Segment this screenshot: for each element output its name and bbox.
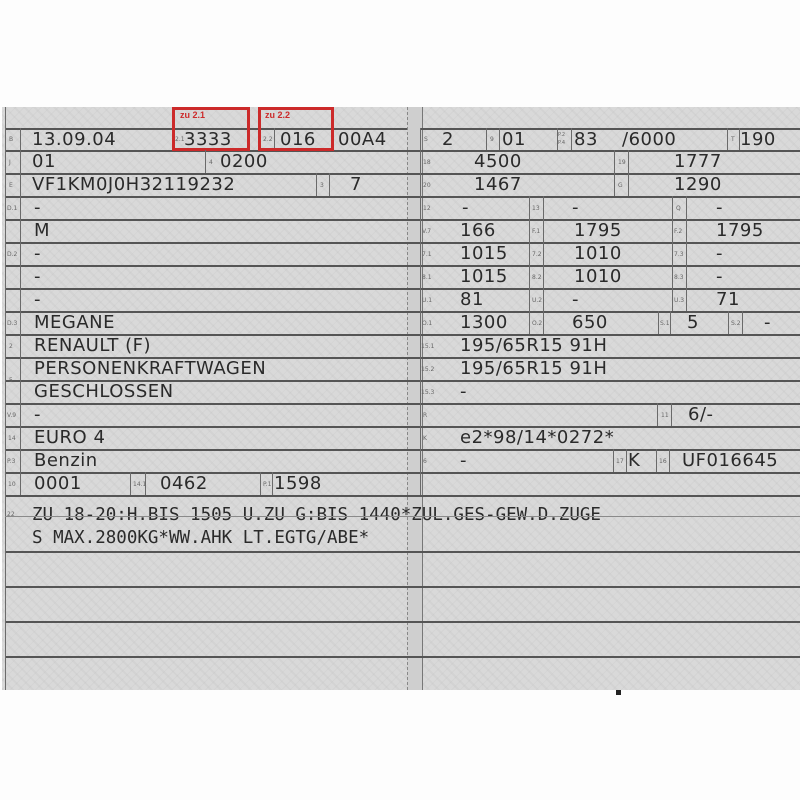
emission-code: 0001 [34,472,82,495]
type-variant-version-3: - [34,288,41,311]
field-label: S.1 [660,320,670,328]
field-label: 7.1 [422,251,432,259]
vehicle-type: PERSONENKRAFTWAGEN [34,357,266,380]
cell-divider [272,472,273,495]
cell-divider [145,472,146,495]
tyre-axle-3: - [460,380,467,403]
field-label: U.2 [532,297,542,305]
power-kw: 83 [574,128,598,151]
towing-braked: 1300 [460,311,508,334]
length: 4500 [474,150,522,173]
vin-check-digit: 7 [350,173,362,196]
field-label: 8.2 [532,274,542,282]
cell-divider [130,472,131,495]
co2-emission: 166 [460,219,496,242]
row-line [5,403,800,405]
fuel-type: Benzin [34,449,98,472]
cell-divider [543,196,544,311]
scan-mark [616,690,621,695]
field-label: 12 [423,205,431,213]
height: 1467 [474,173,522,196]
remarks-line-2: S MAX.2800KG*WW.AHK LT.EGTG/ABE* [32,527,369,550]
field-label: F.2 [674,228,682,236]
field-label: E [9,182,13,190]
annotation-label: zu 2.2 [265,110,290,120]
field-label: V.7 [422,228,431,236]
colour-code: 6/- [688,403,714,426]
displacement: 1598 [274,472,322,495]
field-label: 5 [9,377,13,385]
field-label: R [423,412,427,420]
field-label: T [731,136,735,144]
axles: 01 [502,128,526,151]
cell-divider [728,311,729,334]
row-line [5,472,800,474]
axle-load-3: - [716,242,723,265]
field-label: 20 [423,182,431,190]
row-line [5,311,800,313]
make: - [34,196,41,219]
tank-volume: - [462,196,469,219]
type-variant-version: - [34,242,41,265]
row-line [5,621,800,623]
cell-divider [742,311,743,334]
cell-divider [571,128,572,150]
field-label: 8.1 [422,274,432,282]
field-label: 16 [659,458,667,466]
drive-by-noise: 71 [716,288,740,311]
rated-rpm: /6000 [622,128,676,151]
trade-name: MEGANE [34,311,115,334]
power-weight-ratio: - [716,196,723,219]
field-label: J [9,159,11,167]
field-label: 2 [9,343,13,351]
field-label: 13 [532,205,540,213]
field-label: P.2 P.4 [558,131,570,147]
field-label: 18 [423,159,431,167]
field-label: Q [676,205,681,213]
label-column-divider [20,128,21,495]
emission-standard: EURO 4 [34,426,105,449]
field-label: U.3 [674,297,684,305]
field-label: O.2 [532,320,542,328]
field-label: 8.3 [674,274,684,282]
field-label: U.1 [422,297,432,305]
axle-load-2: 1010 [574,242,622,265]
body-type-code: 0200 [220,150,268,173]
cell-divider [614,150,615,196]
row-line [5,586,800,588]
cell-divider [205,150,206,173]
cell-divider [613,449,614,472]
edge-line [5,107,6,690]
field-label: V.9 [7,412,16,420]
width: 1777 [674,150,722,173]
cell-divider [316,173,317,196]
field-label: S.2 [731,320,741,328]
cell-divider [670,311,671,334]
field-label: 11 [661,412,669,420]
axle-load-permitted-3: - [716,265,723,288]
cell-divider [529,196,530,311]
cell-divider [260,472,261,495]
operation-permit: K [628,449,640,472]
field-label: P.1 [263,481,271,489]
emission-class-v9: - [34,403,41,426]
cell-divider [329,173,330,196]
row-line [5,426,800,428]
field-label: 22 [7,511,15,519]
towing-unbraked: 650 [572,311,608,334]
field-label: 4 [209,159,213,167]
max-mass-technical: 1795 [574,219,622,242]
cell-divider [529,311,530,334]
seats: 2 [442,128,454,151]
approval-date: - [460,449,467,472]
ec-type-approval: e2*98/14*0272* [460,426,614,449]
support-load: - [572,196,579,219]
field-label: O.1 [422,320,432,328]
field-label: 3 [320,182,324,190]
cell-divider [656,449,657,472]
cell-divider [672,196,673,311]
row-line [5,449,800,451]
field-label: 10 [8,481,16,489]
row-line [5,516,800,517]
row-line [5,219,800,221]
registration-document: B 13.09.04 2.1 3333 2.2 016 00A4 zu 2.1 … [2,107,800,690]
tyre-axle-1: 195/65R15 91H [460,334,607,357]
cell-divider [669,449,670,472]
cell-divider [727,128,728,150]
field-label: 9 [490,136,494,144]
first-registration-date: 13.09.04 [32,128,116,151]
make-code: M [34,219,50,242]
cell-divider [686,196,687,311]
cell-divider [486,128,487,150]
row-line [5,288,800,290]
field-label: 15.2 [421,366,434,374]
cell-divider [658,311,659,334]
stationary-noise: 81 [460,288,484,311]
field-label: 14 [8,435,16,443]
vehicle-class: 01 [32,150,56,173]
row-line [5,551,800,553]
emission-key: 0462 [160,472,208,495]
row-line [5,495,800,497]
cell-divider [657,403,658,426]
standing-places: - [764,311,771,334]
body-type: GESCHLOSSEN [34,380,174,403]
variant-code: 00A4 [338,128,387,151]
row-line [5,656,800,658]
field-label: D.2 [7,251,17,259]
cell-divider [628,150,629,196]
axle-load-permitted-2: 1010 [574,265,622,288]
field-label: 17 [616,458,624,466]
row-line [5,265,800,267]
field-label: P.3 [7,458,15,466]
field-label: 15.1 [421,343,434,351]
tyre-axle-2: 195/65R15 91H [460,357,607,380]
type-variant-version-2: - [34,265,41,288]
cell-divider [671,403,672,426]
noise-rpm: - [572,288,579,311]
field-label: K [423,435,427,443]
field-label: 15.3 [421,389,434,397]
cell-divider [499,128,500,150]
vin: VF1KM0J0H32119232 [32,173,235,196]
field-label: S [424,136,428,144]
empty-mass: 1290 [674,173,722,196]
field-label: 6 [423,458,427,466]
field-label: 7.3 [674,251,684,259]
axle-load-1: 1015 [460,242,508,265]
field-label: D.3 [7,320,17,328]
annotation-label: zu 2.1 [180,110,205,120]
field-label: B [9,136,13,144]
axle-load-permitted-1: 1015 [460,265,508,288]
cell-divider [626,449,627,472]
field-label: 19 [618,159,626,167]
seats-total: 5 [687,311,699,334]
row-line [5,196,800,198]
max-mass-permitted: 1795 [716,219,764,242]
label-column-divider [420,128,421,495]
row-line [5,242,800,244]
field-label: 7.2 [532,251,542,259]
cell-divider [543,311,544,334]
manufacturer: RENAULT (F) [34,334,151,357]
max-speed: 190 [740,128,776,151]
certificate-number: UF016645 [682,449,778,472]
field-label: G [618,182,623,190]
field-label: D.1 [7,205,17,213]
field-label: F.1 [532,228,540,236]
